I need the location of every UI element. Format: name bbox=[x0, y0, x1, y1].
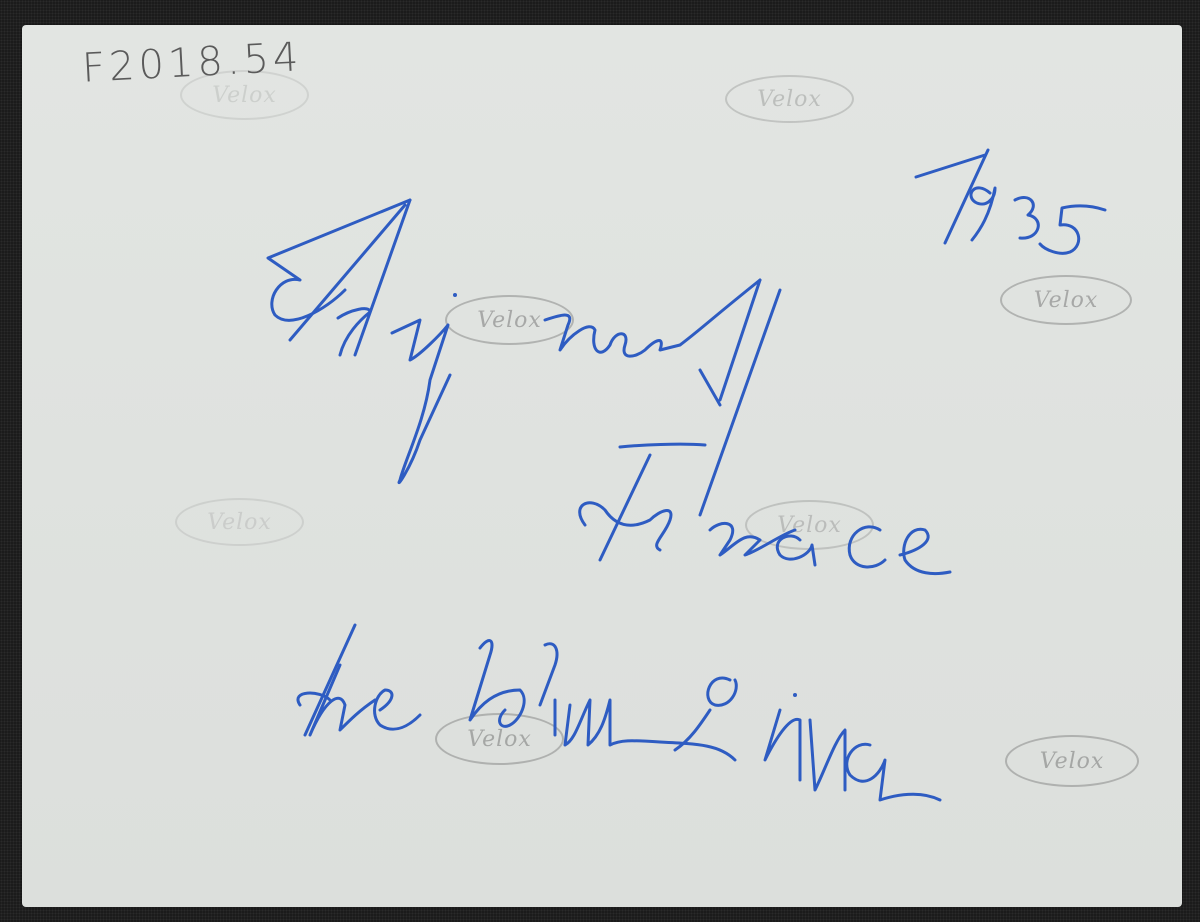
velox-stamp-2: Velox bbox=[725, 75, 854, 123]
inscription-line-1: Az uj nagy bbox=[0, 0, 1, 1]
stamp-text: Velox bbox=[212, 83, 277, 108]
inscription-line-3: the Holme Guida bbox=[0, 0, 1, 1]
inscription-line-2: terrace bbox=[0, 0, 1, 1]
velox-stamp-4: Velox bbox=[1000, 275, 1132, 325]
stamp-text: Velox bbox=[777, 513, 842, 538]
stamp-text: Velox bbox=[207, 510, 272, 535]
stamp-text: Velox bbox=[757, 87, 822, 112]
inscription-year: 1935 bbox=[0, 0, 1, 1]
velox-stamp-5: Velox bbox=[175, 498, 304, 546]
velox-stamp-6: Velox bbox=[745, 500, 874, 550]
photo-back-card bbox=[22, 25, 1182, 907]
velox-stamp-3: Velox bbox=[445, 295, 574, 345]
stamp-text: Velox bbox=[477, 308, 542, 333]
stamp-text: Velox bbox=[1034, 288, 1099, 313]
stamp-text: Velox bbox=[467, 727, 532, 752]
velox-stamp-8: Velox bbox=[1005, 735, 1139, 787]
velox-stamp-7: Velox bbox=[435, 713, 564, 765]
stamp-text: Velox bbox=[1040, 749, 1105, 774]
